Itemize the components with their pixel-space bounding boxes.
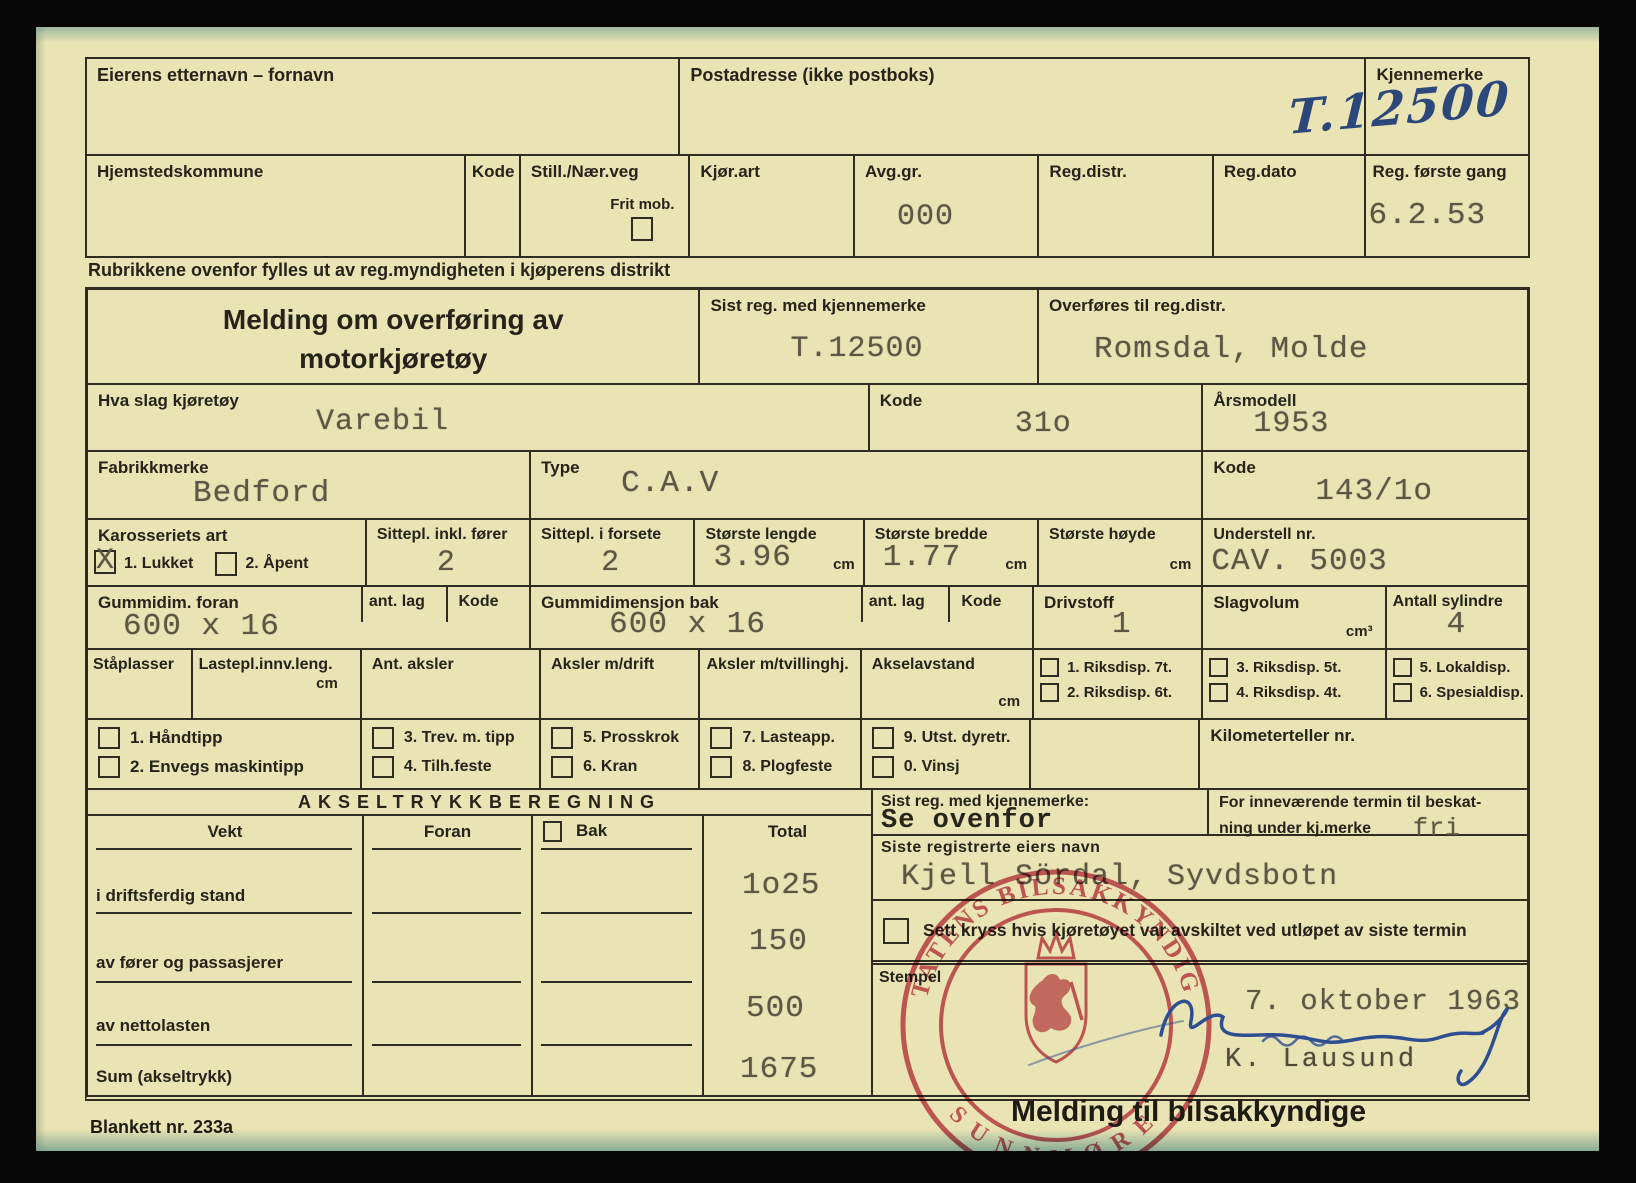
trev-checkbox <box>372 727 394 749</box>
sittepl1-label: Sittepl. inkl. fører <box>367 520 529 544</box>
br-eier-label: Siste registrerte eiers navn <box>881 839 1100 857</box>
field-gummi-foran: Gummidim. foran 600 x 16 <box>88 587 362 648</box>
antlag1-label: ant. lag <box>362 587 447 611</box>
field-lastepl: Lastepl.innv.leng. cm <box>193 650 362 718</box>
axle-row2-total-value: 150 <box>749 924 808 959</box>
axle-row4-bak <box>533 1046 704 1095</box>
axle-row2-label-cell: av fører og passasjerer <box>88 914 364 983</box>
staplasser-label: Ståplasser <box>88 650 191 674</box>
field-aksler-tvilling: Aksler m/tvillinghj. <box>700 650 861 718</box>
main-row-make: Fabrikkmerke Bedford Type C.A.V Kode 143… <box>88 452 1527 520</box>
axle-row-driftsferdig: i driftsferdig stand 1o25 <box>88 850 871 914</box>
kjorart-label: Kjør.art <box>690 156 853 182</box>
sistreg-value: T.12500 <box>790 332 923 366</box>
antaksler-label: Ant. aksler <box>362 650 539 674</box>
field-riksdisp-a: 1. Riksdisp. 7t. 2. Riksdisp. 6t. <box>1034 650 1203 718</box>
hoyde-label: Største høyde <box>1039 520 1201 544</box>
sittepl2-value: 2 <box>601 546 620 580</box>
field-sist-reg-kjennemerke: Sist reg. med kjennemerke T.12500 <box>700 290 1039 383</box>
axle-row-passasjerer: av fører og passasjerer 150 <box>88 914 871 983</box>
stamp-crown-icon <box>1038 934 1074 958</box>
apent-checkbox <box>215 552 237 576</box>
axle-row3-bak <box>533 983 704 1046</box>
fabrikk-label: Fabrikkmerke <box>88 452 529 478</box>
axle-row1-label-cell: i driftsferdig stand <box>88 850 364 914</box>
karosseri-checkboxes: X 1. Lukket 2. Åpent <box>94 550 365 579</box>
axle-col-bak-label: Bak <box>576 821 607 840</box>
br-termin-cell: For inneværende termin til beskat- ning … <box>1209 790 1527 834</box>
sittepl1-value: 2 <box>437 546 456 580</box>
field-kode1: Kode 31o <box>870 385 1204 450</box>
field-utstyr-4: 7. Lasteapp. 8. Plogfeste <box>700 720 861 788</box>
kran-checkbox <box>551 756 573 778</box>
riksdisp3-label: 3. Riksdisp. 5t. <box>1236 659 1341 676</box>
sistreg-label: Sist reg. med kjennemerke <box>700 290 1037 316</box>
regforste-label: Reg. første gang <box>1366 156 1528 182</box>
signature-lead-line <box>1029 1021 1183 1065</box>
field-akselavstand: Akselavstand cm <box>862 650 1034 718</box>
axle-col-total: Total <box>704 816 871 850</box>
field-reg-forste-gang: Reg. første gang 6.2.53 <box>1366 156 1528 256</box>
field-regdistr: Reg.distr. <box>1039 156 1214 256</box>
axle-row4-label: Sum (akseltrykk) <box>96 1067 232 1087</box>
field-riksdisp-c: 5. Lokaldisp. 6. Spesialdisp. <box>1387 650 1527 718</box>
sittepl2-label: Sittepl. i forsete <box>531 520 693 544</box>
prosskrok-checkbox <box>551 727 573 749</box>
axle-row4-total: 1675 <box>704 1046 871 1095</box>
field-kode-bak: Kode <box>949 587 1034 648</box>
br-sistreg-value: Se ovenfor <box>881 806 1053 836</box>
regdato-label: Reg.dato <box>1214 156 1365 182</box>
form-title-cell: Melding om overføring av motorkjøretøy <box>88 290 700 383</box>
axle-row4-foran <box>364 1046 533 1095</box>
axle-col-total-label: Total <box>768 822 807 841</box>
lasteapp-label: 7. Lasteapp. <box>742 729 834 747</box>
axle-col-vekt-label: Vekt <box>208 822 243 841</box>
br-termin-label1: For inneværende termin til beskat- <box>1219 793 1527 812</box>
field-kode-foran: Kode <box>447 587 532 648</box>
kran-label: 6. Kran <box>583 758 637 776</box>
lukket-checkbox-wrap: X <box>94 550 116 579</box>
lastepl-cm-unit: cm <box>316 675 338 692</box>
field-utstyr-1: 1. Håndtipp 2. Envegs maskintipp <box>88 720 362 788</box>
signature-main-stroke <box>1161 1001 1483 1042</box>
gummibak-value: 600 x 16 <box>609 607 766 642</box>
understell-value: CAV. 5003 <box>1211 544 1387 579</box>
dyretr-checkbox <box>872 727 894 749</box>
axle-row2-total: 150 <box>704 914 871 983</box>
field-drivstoff: Drivstoff 1 <box>1034 587 1203 648</box>
axle-row3-label-cell: av nettolasten <box>88 983 364 1046</box>
axle-header-row: Vekt Foran Bak Total <box>88 816 871 850</box>
lengde-value: 3.96 <box>713 540 791 575</box>
handwritten-signature <box>1011 957 1571 1097</box>
field-lengde: Største lengde 3.96 cm <box>695 520 864 585</box>
main-row-tyres: Gummidim. foran 600 x 16 ant. lag Kode G… <box>88 587 1527 650</box>
kodeb-label: Kode <box>949 587 1032 611</box>
karosseri-label: Karosseriets art <box>88 520 365 546</box>
top-row-2: Hjemstedskommune Kode Still./Nær.veg Fri… <box>87 156 1528 256</box>
handtipp-checkbox <box>98 727 120 749</box>
field-sittepl2: Sittepl. i forsete 2 <box>531 520 695 585</box>
axle-table-title: AKSELTRYKKBEREGNING <box>88 790 871 814</box>
axle-col-foran-label: Foran <box>424 822 471 841</box>
slagvolum-label: Slagvolum <box>1203 587 1384 613</box>
trev-label: 3. Trev. m. tipp <box>404 729 515 747</box>
field-still-naerveg: Still./Nær.veg Frit mob. <box>521 156 691 256</box>
lokaldisp-checkbox <box>1393 658 1412 677</box>
melding-bottom-title: Melding til bilsakkyndige <box>1011 1095 1366 1129</box>
lukket-label: 1. Lukket <box>124 555 193 573</box>
field-sylindre: Antall sylindre 4 <box>1387 587 1527 648</box>
bredde-value: 1.77 <box>883 540 961 575</box>
dyretr-label: 9. Utst. dyretr. <box>904 729 1011 747</box>
form-title-line1: Melding om overføring av <box>88 290 698 339</box>
vinsj-label: 0. Vinsj <box>904 758 960 776</box>
main-row-title: Melding om overføring av motorkjøretøy S… <box>88 290 1527 385</box>
riksdisp3-checkbox <box>1209 658 1228 677</box>
field-postal-address: Postadresse (ikke postboks) <box>680 59 1366 154</box>
avggr-value: 000 <box>897 200 954 234</box>
field-utstyr-2: 3. Trev. m. tipp 4. Tilh.feste <box>362 720 541 788</box>
akslerdrift-label: Aksler m/drift <box>541 650 698 674</box>
field-utstyr-3: 5. Prosskrok 6. Kran <box>541 720 700 788</box>
field-kjorart: Kjør.art <box>690 156 855 256</box>
overfores-label: Overføres til reg.distr. <box>1039 290 1527 316</box>
gummifor-value: 600 x 16 <box>123 609 280 644</box>
understell-label: Understell nr. <box>1203 520 1527 544</box>
field-kilometerteller: Kilometerteller nr. <box>1200 720 1527 788</box>
riksdisp1-checkbox <box>1040 658 1059 677</box>
arsmodell-value: 1953 <box>1253 407 1329 441</box>
bak-checkbox <box>543 821 562 842</box>
axle-col-bak: Bak <box>533 816 704 850</box>
axle-row2-label: av fører og passasjerer <box>96 953 283 973</box>
lukket-x-mark: X <box>96 544 115 578</box>
br-sistreg-cell: Sist reg. med kjennemerke: Se ovenfor <box>873 790 1209 834</box>
field-kode2: Kode 143/1o <box>1203 452 1527 518</box>
field-fabrikkmerke: Fabrikkmerke Bedford <box>88 452 531 518</box>
frit-mob-checkbox <box>631 217 653 241</box>
field-overfores-regdistr: Overføres til reg.distr. Romsdal, Molde <box>1039 290 1527 383</box>
signature-end-flourish <box>1458 1009 1507 1085</box>
frit-mob-label: Frit mob. <box>610 196 674 213</box>
kode1-value: 31o <box>1015 407 1072 441</box>
field-karosseri: Karosseriets art X 1. Lukket 2. Åpent <box>88 520 367 585</box>
axle-pressure-section: AKSELTRYKKBEREGNING Vekt Foran Bak Total… <box>88 790 873 1095</box>
field-utstyr-5: 9. Utst. dyretr. 0. Vinsj <box>862 720 1031 788</box>
municipality-label: Hjemstedskommune <box>87 156 464 182</box>
vinsj-checkbox <box>872 756 894 778</box>
main-row-equipment: 1. Håndtipp 2. Envegs maskintipp 3. Trev… <box>88 720 1527 790</box>
axle-row3-total-value: 500 <box>746 991 805 1026</box>
axle-row3-total: 500 <box>704 983 871 1046</box>
field-regdato: Reg.dato <box>1214 156 1367 256</box>
axle-row2-foran <box>364 914 533 983</box>
scanned-form-paper: Eierens etternavn – fornavn Postadresse … <box>36 27 1599 1151</box>
field-riksdisp-b: 3. Riksdisp. 5t. 4. Riksdisp. 4t. <box>1203 650 1386 718</box>
axle-row1-total: 1o25 <box>704 850 871 914</box>
akselavstand-cm-unit: cm <box>998 693 1020 710</box>
axle-row2-bak <box>533 914 704 983</box>
hoyde-cm-unit: cm <box>1170 556 1192 573</box>
kilometer-label: Kilometerteller nr. <box>1200 720 1527 746</box>
envegs-checkbox <box>98 756 120 778</box>
field-hoyde: Største høyde cm <box>1039 520 1203 585</box>
field-aksler-drift: Aksler m/drift <box>541 650 700 718</box>
riksdisp2-checkbox <box>1040 683 1059 702</box>
owner-name-label: Eierens etternavn – fornavn <box>87 59 678 86</box>
akselavstand-label: Akselavstand <box>862 650 1032 674</box>
axle-row1-total-value: 1o25 <box>742 868 820 903</box>
main-row-vehicle-kind: Hva slag kjøretøy Varebil Kode 31o Årsmo… <box>88 385 1527 452</box>
form-title-line2: motorkjøretøy <box>88 339 698 378</box>
avggr-label: Avg.gr. <box>855 156 1037 182</box>
field-hvaslag: Hva slag kjøretøy Varebil <box>88 385 870 450</box>
regdistr-label: Reg.distr. <box>1039 156 1212 182</box>
field-arsmodell: Årsmodell 1953 <box>1203 385 1527 450</box>
lastepl-label: Lastepl.innv.leng. <box>193 650 360 674</box>
lasteapp-checkbox <box>710 727 732 749</box>
main-row-body: Karosseriets art X 1. Lukket 2. Åpent Si… <box>88 520 1527 587</box>
field-municipality-code: Kode <box>466 156 521 256</box>
riksdisp1-label: 1. Riksdisp. 7t. <box>1067 659 1172 676</box>
axle-row1-label: i driftsferdig stand <box>96 886 245 906</box>
field-slagvolum: Slagvolum cm³ <box>1203 587 1386 648</box>
axle-row1-foran <box>364 850 533 914</box>
slagvolum-cm3-unit: cm³ <box>1346 623 1373 640</box>
axle-col-vekt: Vekt <box>88 816 364 850</box>
axle-row4-label-cell: Sum (akseltrykk) <box>88 1046 364 1095</box>
type-value: C.A.V <box>621 466 719 501</box>
envegs-label: 2. Envegs maskintipp <box>130 757 304 777</box>
top-registry-table: Eierens etternavn – fornavn Postadresse … <box>85 57 1530 258</box>
field-home-municipality: Hjemstedskommune <box>87 156 466 256</box>
field-gummi-bak: Gummidimensjon bak 600 x 16 <box>531 587 862 648</box>
plogfeste-label: 8. Plogfeste <box>742 758 832 776</box>
spesialdisp-label: 6. Spesialdisp. <box>1420 684 1524 701</box>
postal-address-label: Postadresse (ikke postboks) <box>680 59 1364 86</box>
field-ant-aksler: Ant. aksler <box>362 650 541 718</box>
plogfeste-checkbox <box>710 756 732 778</box>
kodea-label: Kode <box>447 587 530 611</box>
field-avggr: Avg.gr. 000 <box>855 156 1039 256</box>
field-antlag-bak: ant. lag <box>862 587 950 648</box>
br-row1: Sist reg. med kjennemerke: Se ovenfor Fo… <box>873 790 1527 836</box>
field-utstyr-empty <box>1031 720 1200 788</box>
axle-row3-label: av nettolasten <box>96 1016 210 1036</box>
tilhfeste-label: 4. Tilh.feste <box>404 758 492 776</box>
axle-row-nettolast: av nettolasten 500 <box>88 983 871 1046</box>
apent-label: 2. Åpent <box>245 555 308 573</box>
code-label: Kode <box>466 156 519 182</box>
antlag2-label: ant. lag <box>862 587 950 611</box>
kode2-value: 143/1o <box>1315 474 1433 509</box>
lokaldisp-label: 5. Lokaldisp. <box>1420 659 1511 676</box>
fabrikk-value: Bedford <box>193 476 330 511</box>
akslertvilling-label: Aksler m/tvillinghj. <box>700 650 859 674</box>
field-staplasser: Ståplasser <box>88 650 193 718</box>
field-sittepl1: Sittepl. inkl. fører 2 <box>367 520 531 585</box>
field-type: Type C.A.V <box>531 452 1203 518</box>
axle-row4-total-value: 1675 <box>740 1052 818 1087</box>
prosskrok-label: 5. Prosskrok <box>583 729 679 747</box>
still-label: Still./Nær.veg <box>521 156 689 182</box>
tilhfeste-checkbox <box>372 756 394 778</box>
lengde-cm-unit: cm <box>833 556 855 573</box>
overfores-value: Romsdal, Molde <box>1094 332 1368 367</box>
field-owner-name: Eierens etternavn – fornavn <box>87 59 680 154</box>
handtipp-label: 1. Håndtipp <box>130 728 223 748</box>
spesialdisp-checkbox <box>1393 683 1412 702</box>
hvaslag-label: Hva slag kjøretøy <box>88 385 868 411</box>
regforste-value: 6.2.53 <box>1368 198 1486 233</box>
main-row-axles: Ståplasser Lastepl.innv.leng. cm Ant. ak… <box>88 650 1527 720</box>
axle-row3-foran <box>364 983 533 1046</box>
riksdisp4-label: 4. Riksdisp. 4t. <box>1236 684 1341 701</box>
sylindre-value: 4 <box>1447 607 1467 642</box>
field-understell: Understell nr. CAV. 5003 <box>1203 520 1527 585</box>
axle-col-foran: Foran <box>364 816 533 850</box>
arsmodell-label: Årsmodell <box>1203 385 1527 411</box>
field-bredde: Største bredde 1.77 cm <box>865 520 1039 585</box>
riksdisp4-checkbox <box>1209 683 1228 702</box>
riksdisp2-label: 2. Riksdisp. 6t. <box>1067 684 1172 701</box>
axle-row1-bak <box>533 850 704 914</box>
frit-mob-group: Frit mob. <box>610 196 674 246</box>
axle-row-sum: Sum (akseltrykk) 1675 <box>88 1046 871 1095</box>
axle-table: Vekt Foran Bak Total i driftsferdig stan… <box>88 814 871 1095</box>
field-antlag-foran: ant. lag <box>362 587 447 648</box>
drivstoff-value: 1 <box>1112 607 1132 642</box>
blankett-number: Blankett nr. 233a <box>90 1117 233 1138</box>
bredde-cm-unit: cm <box>1005 556 1027 573</box>
note-line: Rubrikkene ovenfor fylles ut av reg.mynd… <box>88 260 670 281</box>
hvaslag-value: Varebil <box>316 405 449 439</box>
